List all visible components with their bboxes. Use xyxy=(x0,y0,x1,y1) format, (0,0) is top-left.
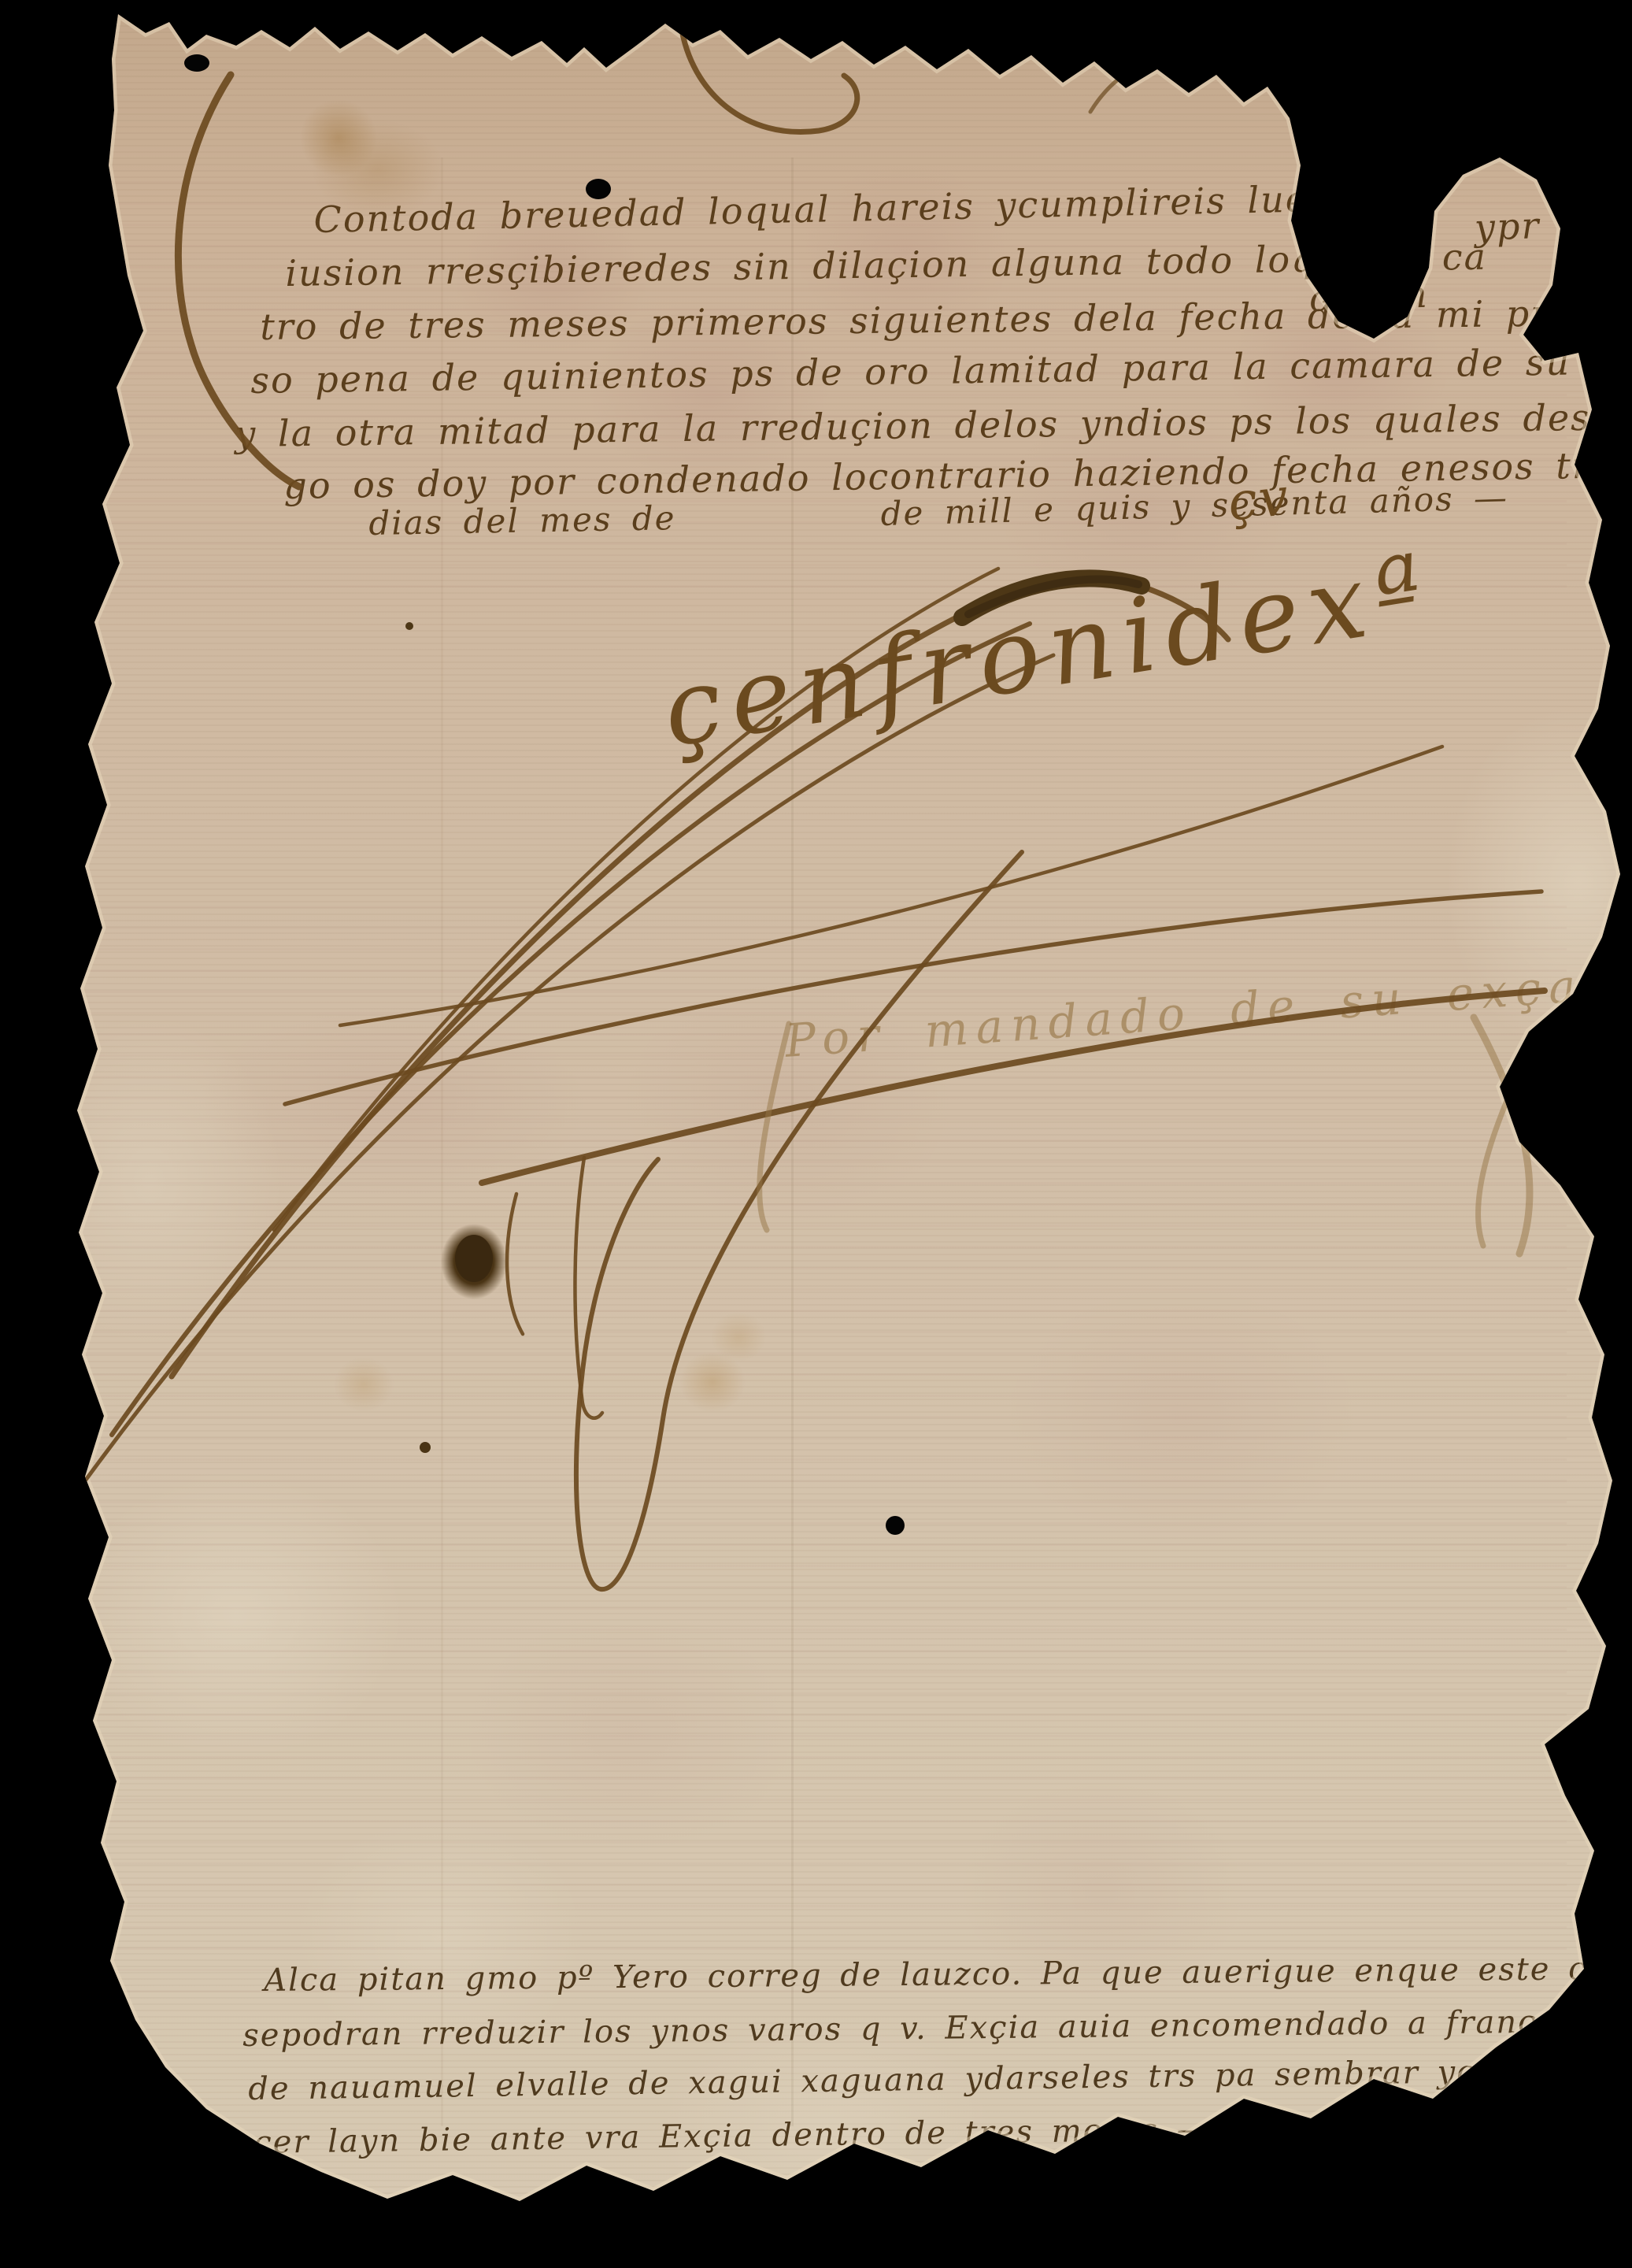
secretary-rubric-flourish xyxy=(1474,1017,1530,1254)
manuscript-paper: Contoda breuedad loqual hareis ycumplire… xyxy=(0,0,1632,2268)
rubric-descender-loop xyxy=(576,852,1022,1589)
signature-flourish-svg xyxy=(0,0,1632,2268)
secretary-descender-flourish xyxy=(760,1024,789,1230)
worm-hole xyxy=(586,179,611,199)
signature-arc xyxy=(172,592,1009,1377)
worm-hole xyxy=(184,54,209,72)
signature-tail-stroke xyxy=(1140,586,1228,639)
ink-blot-core xyxy=(455,1235,493,1282)
rubric-open-curve xyxy=(507,1194,523,1334)
worm-hole xyxy=(886,1516,905,1535)
signature-arc xyxy=(49,655,1053,1532)
top-curl-flourish xyxy=(681,25,857,132)
scan-background: Contoda breuedad loqual hareis ycumplire… xyxy=(0,0,1632,2268)
ink-speck xyxy=(420,1442,431,1453)
signature-arc xyxy=(112,624,1030,1435)
ink-speck xyxy=(405,622,413,630)
deckle-edge-stroke xyxy=(77,14,1620,2201)
top-right-curl-flourish xyxy=(1090,61,1198,112)
margin-initial-flourish xyxy=(178,75,299,487)
